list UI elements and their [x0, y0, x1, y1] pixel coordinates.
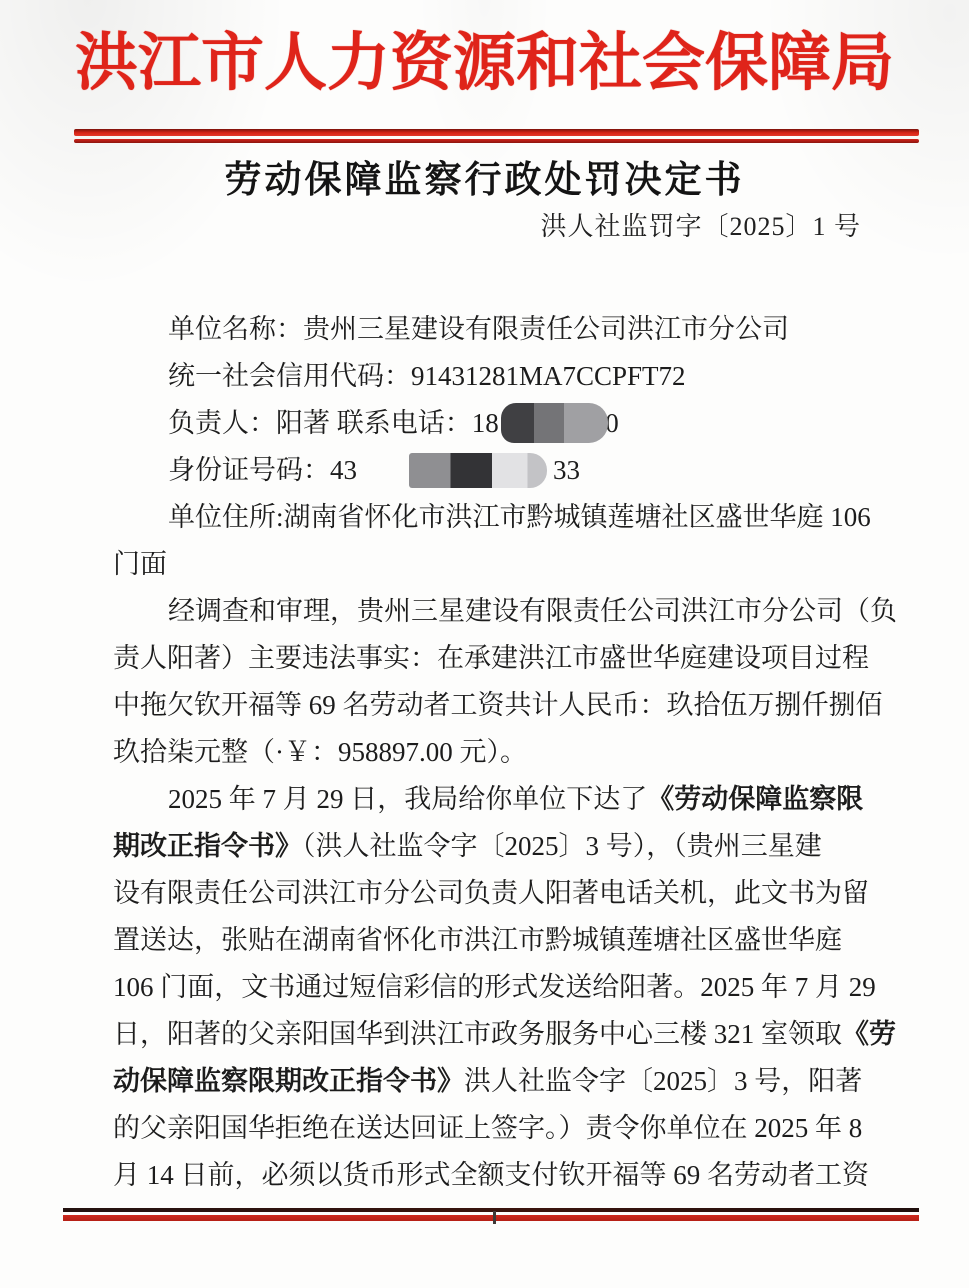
body-line: 统一社会信用代码：91431281MA7CCPFT72 [113, 353, 873, 400]
body-line: 的父亲阳国华拒绝在送达回证上签字。）责令你单位在 2025 年 8 [113, 1105, 873, 1152]
body-line: 责人阳著）主要违法事实：在承建洪江市盛世华庭建设项目过程 [113, 635, 873, 682]
body-text: 统一社会信用代码：91431281MA7CCPFT72 [168, 361, 686, 391]
body-text-bold: 期改正指令书》 [113, 831, 302, 861]
body-text-bold: 《劳 [842, 1019, 896, 1049]
body-line: 106 门面，文书通过短信彩信的形式发送给阳著。2025 年 7 月 29 [113, 964, 873, 1011]
body-text: 洪人社监令字〔2025〕3 号，阳著 [464, 1066, 862, 1096]
body-line: 负责人：阳著 联系电话：1820 [113, 400, 873, 447]
body-line: 置送达，张贴在湖南省怀化市洪江市黔城镇莲塘社区盛世华庭 [113, 917, 873, 964]
body-text: 单位住所:湖南省怀化市洪江市黔城镇莲塘社区盛世华庭 106 [168, 502, 871, 532]
body-text: 月 14 日前，必须以货币形式全额支付钦开福等 69 名劳动者工资 [113, 1160, 869, 1190]
body-text-bold: 《劳动保障监察限 [647, 784, 863, 814]
body-text: 负责人：阳著 联系电话：18 [168, 408, 499, 438]
body-line: 经调查和审理，贵州三星建设有限责任公司洪江市分公司（负 [113, 588, 873, 635]
body-line: 单位住所:湖南省怀化市洪江市黔城镇莲塘社区盛世华庭 106 [113, 494, 873, 541]
body-text: 的父亲阳国华拒绝在送达回证上签字。）责令你单位在 2025 年 8 [113, 1113, 862, 1143]
body-text-bold: 动保障监察限期改正指令书》 [113, 1066, 464, 1096]
body-text: 设有限责任公司洪江市分公司负责人阳著电话关机，此文书为留 [113, 878, 869, 908]
body-line: 期改正指令书》（洪人社监令字〔2025〕3 号），（贵州三星建 [113, 823, 873, 870]
body-text: 玖拾柒元整（·￥：958897.00 元）。 [113, 737, 527, 767]
body-text: 中拖欠钦开福等 69 名劳动者工资共计人民币：玖拾伍万捌仟捌佰 [113, 690, 883, 720]
body-text: 身份证号码：43 [168, 455, 357, 485]
body-text: （洪人社监令字〔2025〕3 号），（贵州三星建 [302, 831, 822, 861]
body-text: 经调查和审理，贵州三星建设有限责任公司洪江市分公司（负 [168, 596, 897, 626]
body-line: 身份证号码：4333 [113, 447, 873, 494]
body-text: 单位名称：贵州三星建设有限责任公司洪江市分公司 [168, 314, 789, 344]
body-text: 门面 [113, 549, 167, 579]
body-text: 责人阳著）主要违法事实：在承建洪江市盛世华庭建设项目过程 [113, 643, 869, 673]
body-line: 设有限责任公司洪江市分公司负责人阳著电话关机，此文书为留 [113, 870, 873, 917]
body-text: 置送达，张贴在湖南省怀化市洪江市黔城镇莲塘社区盛世华庭 [113, 925, 842, 955]
body-line: 动保障监察限期改正指令书》洪人社监令字〔2025〕3 号，阳著 [113, 1058, 873, 1105]
body-text: 106 门面，文书通过短信彩信的形式发送给阳著。2025 年 7 月 29 [113, 972, 876, 1002]
footer-divider [63, 1208, 919, 1221]
body-line: 中拖欠钦开福等 69 名劳动者工资共计人民币：玖拾伍万捌仟捌佰 [113, 682, 873, 729]
scan-artifact-tick [493, 1211, 496, 1224]
phone-redaction-mask [501, 403, 608, 443]
body-text: 日，阳著的父亲阳国华到洪江市政务服务中心三楼 321 室领取 [113, 1019, 842, 1049]
scanned-document-page: 洪江市人力资源和社会保障局 劳动保障监察行政处罚决定书 洪人社监罚字〔2025〕… [0, 0, 969, 1288]
body-line: 玖拾柒元整（·￥：958897.00 元）。 [113, 729, 873, 776]
body-line: 门面 [113, 541, 873, 588]
body-text: 2025 年 7 月 29 日，我局给你单位下达了 [168, 784, 647, 814]
body-line: 月 14 日前，必须以货币形式全额支付钦开福等 69 名劳动者工资 [113, 1152, 873, 1199]
id-redaction-mask [409, 453, 547, 488]
letterhead-divider-thick-line [74, 129, 919, 136]
footer-divider-red-line [63, 1215, 919, 1221]
document-number: 洪人社监罚字〔2025〕1 号 [540, 206, 861, 243]
document-body: 单位名称：贵州三星建设有限责任公司洪江市分公司统一社会信用代码：91431281… [113, 306, 873, 1199]
body-text: 33 [553, 455, 580, 485]
body-line: 日，阳著的父亲阳国华到洪江市政务服务中心三楼 321 室领取《劳 [113, 1011, 873, 1058]
letterhead-divider [74, 129, 919, 143]
body-line: 2025 年 7 月 29 日，我局给你单位下达了《劳动保障监察限 [113, 776, 873, 823]
body-line: 单位名称：贵州三星建设有限责任公司洪江市分公司 [113, 306, 873, 353]
agency-letterhead: 洪江市人力资源和社会保障局 [0, 22, 969, 105]
document-title: 劳动保障监察行政处罚决定书 [0, 149, 969, 203]
letterhead-divider-thin-line [74, 139, 919, 143]
